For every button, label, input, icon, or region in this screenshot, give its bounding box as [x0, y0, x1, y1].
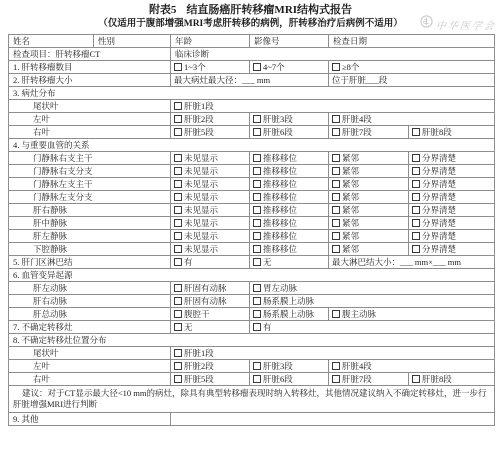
row-label: 5. 肝门区淋巴结 [9, 256, 171, 269]
row-label: 右叶 [9, 373, 171, 386]
checkbox-label: 分界清楚 [422, 179, 456, 189]
checkbox-option[interactable]: 肝脏7段 [329, 373, 409, 386]
page-title-prefix: 附表5 [149, 4, 177, 16]
row-label: 左叶 [9, 360, 171, 373]
row-label: 肝中静脉 [9, 217, 171, 230]
checkbox-label: 肝固有动脉 [184, 296, 227, 306]
checkbox-label: 肝脏8段 [422, 374, 452, 384]
section-label: 4. 与重要血管的关系 [9, 139, 495, 152]
checkbox-label: 肝脏1段 [184, 348, 214, 358]
report-table-body: 1. 肝转移瘤数目1~3个4~7个≥8个2. 肝转移瘤大小最大病灶最大径：___… [9, 61, 495, 426]
checkbox-label: 肝脏6段 [263, 374, 293, 384]
checkbox-option[interactable]: 分界清楚 [409, 217, 495, 230]
checkbox-icon[interactable] [253, 63, 261, 71]
checkbox-option[interactable]: 分界清楚 [409, 165, 495, 178]
checkbox-option[interactable]: 未见显示 [171, 178, 250, 191]
checkbox-label: 紧邻 [342, 244, 359, 254]
checkbox-label: 未见显示 [184, 179, 218, 189]
checkbox-label: 推移移位 [263, 192, 297, 202]
checkbox-option[interactable]: 肝脏5段 [171, 373, 250, 386]
checkbox-option[interactable]: 肝脏7段 [329, 126, 409, 139]
checkbox-label: 未见显示 [184, 244, 218, 254]
section-label: 3. 病灶分布 [9, 87, 495, 100]
checkbox-option[interactable]: 分界清楚 [409, 230, 495, 243]
checkbox-icon[interactable] [174, 63, 182, 71]
field-name: 姓名 [9, 35, 94, 48]
checkbox-icon[interactable] [412, 180, 420, 188]
row-label: 肝左动脉 [9, 282, 171, 295]
row-label: 尾状叶 [9, 100, 171, 113]
checkbox-icon[interactable] [253, 128, 261, 136]
form-row: 9. 其他 [9, 413, 495, 426]
checkbox-label: 紧邻 [342, 166, 359, 176]
checkbox-icon[interactable] [412, 128, 420, 136]
checkbox-icon[interactable] [253, 310, 261, 318]
checkbox-icon[interactable] [253, 258, 261, 266]
checkbox-icon[interactable] [332, 219, 340, 227]
checkbox-option[interactable]: 肝脏2段 [171, 360, 250, 373]
checkbox-label: 肝脏6段 [263, 127, 293, 137]
checkbox-label: 分界清楚 [422, 205, 456, 215]
form-row: 肝左静脉未见显示推移移位紧邻分界清楚 [9, 230, 495, 243]
checkbox-icon[interactable] [174, 206, 182, 214]
form-row: 门静脉左支主干未见显示推移移位紧邻分界清楚 [9, 178, 495, 191]
checkbox-icon[interactable] [412, 232, 420, 240]
checkbox-icon[interactable] [253, 284, 261, 292]
checkbox-icon[interactable] [412, 193, 420, 201]
checkbox-icon[interactable] [253, 297, 261, 305]
form-row: 肝右动脉肝固有动脉肠系膜上动脉 [9, 295, 495, 308]
checkbox-option[interactable]: 紧邻 [329, 204, 409, 217]
checkbox-icon[interactable] [174, 310, 182, 318]
checkbox-label: 推移移位 [263, 179, 297, 189]
checkbox-label: 肝脏2段 [184, 361, 214, 371]
row-label: 9. 其他 [9, 413, 171, 426]
checkbox-label: 肝脏2段 [184, 114, 214, 124]
checkbox-option[interactable]: 肝脏8段 [409, 373, 495, 386]
checkbox-icon[interactable] [332, 63, 340, 71]
checkbox-label: 紧邻 [342, 153, 359, 163]
checkbox-icon[interactable] [174, 128, 182, 136]
checkbox-option[interactable]: 肠系膜上动脉 [250, 295, 495, 308]
checkbox-option[interactable]: 未见显示 [171, 152, 250, 165]
checkbox-label: 腹腔干 [184, 309, 210, 319]
note-row: 建议：对于CT显示最大径<10 mm的病灶，除具有典型转移瘤表现时纳入转移灶，其… [9, 386, 495, 413]
checkbox-label: 肝脏5段 [184, 127, 214, 137]
checkbox-icon[interactable] [174, 323, 182, 331]
form-row: 门静脉左支分支未见显示推移移位紧邻分界清楚 [9, 191, 495, 204]
row-label: 肝左静脉 [9, 230, 171, 243]
row-label: 门静脉左支主干 [9, 178, 171, 191]
checkbox-icon[interactable] [412, 154, 420, 162]
checkbox-icon[interactable] [253, 245, 261, 253]
checkbox-label: 肝固有动脉 [184, 283, 227, 293]
checkbox-icon[interactable] [174, 102, 182, 110]
checkbox-icon[interactable] [332, 245, 340, 253]
checkbox-icon[interactable] [253, 323, 261, 331]
checkbox-option[interactable]: ≥8个 [329, 61, 495, 74]
report-table: 姓名 性别 年龄 影像号 检查日期 检查项目：肝转移瘤CT 临床诊断 1. 肝转… [8, 34, 495, 426]
checkbox-icon[interactable] [332, 193, 340, 201]
form-row: 左叶肝脏2段肝脏3段肝脏4段 [9, 113, 495, 126]
checkbox-option[interactable]: 分界清楚 [409, 191, 495, 204]
form-row: 门静脉右支主干未见显示推移移位紧邻分界清楚 [9, 152, 495, 165]
checkbox-icon[interactable] [332, 167, 340, 175]
checkbox-icon[interactable] [412, 375, 420, 383]
section-row: 8. 不确定转移灶位置分布 [9, 334, 495, 347]
checkbox-label: 未见显示 [184, 153, 218, 163]
checkbox-icon[interactable] [174, 362, 182, 370]
patient-info-row: 姓名 性别 年龄 影像号 检查日期 [9, 35, 495, 48]
checkbox-label: 紧邻 [342, 179, 359, 189]
checkbox-option[interactable]: 紧邻 [329, 243, 409, 256]
checkbox-option[interactable]: 肝脏4段 [329, 113, 495, 126]
checkbox-icon[interactable] [412, 245, 420, 253]
checkbox-option[interactable]: 肝脏5段 [171, 126, 250, 139]
checkbox-label: 紧邻 [342, 205, 359, 215]
field-image-number: 影像号 [250, 35, 329, 48]
checkbox-option[interactable]: 1~3个 [171, 61, 250, 74]
fill-in-field: 最大淋巴结大小：___ mm×___ mm [329, 256, 495, 269]
checkbox-icon[interactable] [332, 310, 340, 318]
checkbox-label: 肝脏4段 [342, 114, 372, 124]
checkbox-label: 紧邻 [342, 231, 359, 241]
form-row: 肝中静脉未见显示推移移位紧邻分界清楚 [9, 217, 495, 230]
form-row: 左叶肝脏2段肝脏3段肝脏4段 [9, 360, 495, 373]
checkbox-icon[interactable] [332, 128, 340, 136]
checkbox-icon[interactable] [174, 193, 182, 201]
checkbox-option[interactable]: 肝脏3段 [250, 360, 329, 373]
checkbox-option[interactable]: 紧邻 [329, 191, 409, 204]
checkbox-label: 分界清楚 [422, 153, 456, 163]
form-row: 尾状叶肝脏1段 [9, 347, 495, 360]
field-clinical-diagnosis: 临床诊断 [171, 48, 495, 61]
checkbox-icon[interactable] [174, 284, 182, 292]
row-label: 肝右静脉 [9, 204, 171, 217]
report-page: { "page": { "title_prefix": "附表5", "titl… [0, 0, 501, 451]
checkbox-option[interactable]: 推移移位 [250, 165, 329, 178]
checkbox-label: 未见显示 [184, 205, 218, 215]
checkbox-label: 紧邻 [342, 218, 359, 228]
field-sex: 性别 [94, 35, 171, 48]
form-row: 尾状叶肝脏1段 [9, 100, 495, 113]
checkbox-label: ≥8个 [342, 62, 359, 72]
checkbox-label: 未见显示 [184, 231, 218, 241]
checkbox-icon[interactable] [332, 362, 340, 370]
checkbox-label: 推移移位 [263, 153, 297, 163]
checkbox-icon[interactable] [174, 167, 182, 175]
checkbox-label: 无 [184, 322, 193, 332]
fill-in-field: 最大病灶最大径：___ mm [171, 74, 329, 87]
checkbox-option[interactable]: 腹主动脉 [329, 308, 495, 321]
checkbox-icon[interactable] [253, 206, 261, 214]
field-exam-date: 检查日期 [329, 35, 495, 48]
checkbox-option[interactable]: 推移移位 [250, 204, 329, 217]
checkbox-option[interactable]: 无 [250, 256, 329, 269]
checkbox-label: 未见显示 [184, 192, 218, 202]
section-row: 4. 与重要血管的关系 [9, 139, 495, 152]
checkbox-option[interactable]: 肝固有动脉 [171, 295, 250, 308]
row-label: 左叶 [9, 113, 171, 126]
checkbox-icon[interactable] [253, 180, 261, 188]
form-row: 肝总动脉腹腔干肠系膜上动脉腹主动脉 [9, 308, 495, 321]
checkbox-label: 分界清楚 [422, 218, 456, 228]
checkbox-option[interactable]: 分界清楚 [409, 204, 495, 217]
checkbox-icon[interactable] [412, 219, 420, 227]
checkbox-icon[interactable] [253, 232, 261, 240]
form-row: 肝右静脉未见显示推移移位紧邻分界清楚 [9, 204, 495, 217]
section-row: 6. 血管变异起源 [9, 269, 495, 282]
checkbox-option[interactable]: 未见显示 [171, 204, 250, 217]
checkbox-option[interactable]: 分界清楚 [409, 152, 495, 165]
checkbox-label: 有 [184, 257, 193, 267]
checkbox-option[interactable]: 推移移位 [250, 178, 329, 191]
checkbox-option[interactable]: 紧邻 [329, 217, 409, 230]
checkbox-option[interactable]: 未见显示 [171, 165, 250, 178]
checkbox-icon[interactable] [412, 167, 420, 175]
field-age: 年龄 [171, 35, 250, 48]
checkbox-option[interactable]: 胃左动脉 [250, 282, 495, 295]
checkbox-label: 分界清楚 [422, 244, 456, 254]
section-row: 3. 病灶分布 [9, 87, 495, 100]
checkbox-label: 肝脏1段 [184, 101, 214, 111]
checkbox-option[interactable]: 肝脏1段 [171, 347, 495, 360]
row-label: 肝右动脉 [9, 295, 171, 308]
checkbox-option[interactable]: 推移移位 [250, 191, 329, 204]
row-label: 1. 肝转移瘤数目 [9, 61, 171, 74]
checkbox-option[interactable]: 紧邻 [329, 178, 409, 191]
row-label: 肝总动脉 [9, 308, 171, 321]
checkbox-icon[interactable] [253, 375, 261, 383]
checkbox-option[interactable]: 分界清楚 [409, 243, 495, 256]
checkbox-label: 肝脏7段 [342, 127, 372, 137]
checkbox-option[interactable]: 分界清楚 [409, 178, 495, 191]
checkbox-label: 肝脏8段 [422, 127, 452, 137]
form-row: 右叶肝脏5段肝脏6段肝脏7段肝脏8段 [9, 126, 495, 139]
form-row: 2. 肝转移瘤大小最大病灶最大径：___ mm位于肝脏___段 [9, 74, 495, 87]
checkbox-option[interactable]: 肝脏8段 [409, 126, 495, 139]
form-row: 下腔静脉未见显示推移移位紧邻分界清楚 [9, 243, 495, 256]
checkbox-label: 有 [263, 322, 272, 332]
row-label: 7. 不确定转移灶 [9, 321, 171, 334]
checkbox-option[interactable]: 4~7个 [250, 61, 329, 74]
checkbox-label: 肝脏7段 [342, 374, 372, 384]
row-label: 右叶 [9, 126, 171, 139]
checkbox-label: 分界清楚 [422, 231, 456, 241]
checkbox-label: 推移移位 [263, 205, 297, 215]
checkbox-icon[interactable] [253, 115, 261, 123]
checkbox-option[interactable]: 未见显示 [171, 230, 250, 243]
fill-in-field: 位于肝脏___段 [329, 74, 495, 87]
checkbox-label: 推移移位 [263, 218, 297, 228]
checkbox-option[interactable]: 有 [171, 256, 250, 269]
checkbox-option[interactable]: 紧邻 [329, 152, 409, 165]
checkbox-option[interactable]: 未见显示 [171, 243, 250, 256]
checkbox-option[interactable]: 未见显示 [171, 191, 250, 204]
checkbox-label: 肠系膜上动脉 [263, 309, 314, 319]
form-row: 肝左动脉肝固有动脉胃左动脉 [9, 282, 495, 295]
form-row: 1. 肝转移瘤数目1~3个4~7个≥8个 [9, 61, 495, 74]
checkbox-option[interactable]: 推移移位 [250, 217, 329, 230]
checkbox-option[interactable]: 推移移位 [250, 152, 329, 165]
checkbox-label: 未见显示 [184, 218, 218, 228]
checkbox-option[interactable]: 推移移位 [250, 243, 329, 256]
checkbox-icon[interactable] [174, 297, 182, 305]
checkbox-icon[interactable] [174, 180, 182, 188]
fill-in-field [171, 413, 495, 426]
checkbox-option[interactable]: 肝固有动脉 [171, 282, 250, 295]
row-label: 门静脉左支分支 [9, 191, 171, 204]
form-row: 5. 肝门区淋巴结有无最大淋巴结大小：___ mm×___ mm [9, 256, 495, 269]
checkbox-label: 无 [263, 257, 272, 267]
form-row: 门静脉右支分支未见显示推移移位紧邻分界清楚 [9, 165, 495, 178]
section-label: 6. 血管变异起源 [9, 269, 495, 282]
checkbox-icon[interactable] [174, 349, 182, 357]
checkbox-icon[interactable] [174, 115, 182, 123]
checkbox-option[interactable]: 推移移位 [250, 230, 329, 243]
checkbox-label: 推移移位 [263, 231, 297, 241]
cma-logo-text: 中华医学会 [435, 17, 497, 32]
checkbox-icon[interactable] [332, 180, 340, 188]
checkbox-label: 4~7个 [263, 62, 285, 72]
checkbox-option[interactable]: 腹腔干 [171, 308, 250, 321]
checkbox-label: 腹主动脉 [342, 309, 376, 319]
checkbox-icon[interactable] [332, 206, 340, 214]
checkbox-icon[interactable] [174, 245, 182, 253]
note-text: 建议：对于CT显示最大径<10 mm的病灶，除具有典型转移瘤表现时纳入转移灶，其… [9, 386, 495, 413]
checkbox-label: 推移移位 [263, 244, 297, 254]
checkbox-icon[interactable] [174, 219, 182, 227]
cma-logo: 中华医学会 [420, 15, 496, 33]
checkbox-option[interactable]: 肝脏6段 [250, 373, 329, 386]
checkbox-label: 肝脏4段 [342, 361, 372, 371]
section-label: 8. 不确定转移灶位置分布 [9, 334, 495, 347]
field-exam-item: 检查项目：肝转移瘤CT [9, 48, 171, 61]
checkbox-icon[interactable] [412, 206, 420, 214]
checkbox-icon[interactable] [332, 375, 340, 383]
checkbox-option[interactable]: 肝脏3段 [250, 113, 329, 126]
checkbox-label: 紧邻 [342, 192, 359, 202]
checkbox-icon[interactable] [174, 154, 182, 162]
checkbox-icon[interactable] [332, 154, 340, 162]
exam-info-row: 检查项目：肝转移瘤CT 临床诊断 [9, 48, 495, 61]
checkbox-icon[interactable] [253, 167, 261, 175]
checkbox-label: 推移移位 [263, 166, 297, 176]
checkbox-icon[interactable] [253, 154, 261, 162]
checkbox-option[interactable]: 无 [171, 321, 250, 334]
page-title-main: 结直肠癌肝转移瘤MRI结构式报告 [186, 4, 352, 16]
checkbox-option[interactable]: 肝脏4段 [329, 360, 495, 373]
checkbox-option[interactable]: 紧邻 [329, 165, 409, 178]
form-row: 7. 不确定转移灶无有 [9, 321, 495, 334]
checkbox-label: 肝脏3段 [263, 361, 293, 371]
row-label: 2. 肝转移瘤大小 [9, 74, 171, 87]
row-label: 门静脉右支分支 [9, 165, 171, 178]
checkbox-option[interactable]: 肝脏1段 [171, 100, 495, 113]
row-label: 门静脉右支主干 [9, 152, 171, 165]
checkbox-option[interactable]: 肝脏2段 [171, 113, 250, 126]
checkbox-icon[interactable] [332, 232, 340, 240]
checkbox-label: 肝脏5段 [184, 374, 214, 384]
checkbox-label: 未见显示 [184, 166, 218, 176]
checkbox-option[interactable]: 未见显示 [171, 217, 250, 230]
row-label: 下腔静脉 [9, 243, 171, 256]
checkbox-option[interactable]: 紧邻 [329, 230, 409, 243]
checkbox-option[interactable]: 肝脏6段 [250, 126, 329, 139]
checkbox-label: 分界清楚 [422, 192, 456, 202]
checkbox-icon[interactable] [253, 193, 261, 201]
checkbox-label: 1~3个 [184, 62, 206, 72]
checkbox-label: 胃左动脉 [263, 283, 297, 293]
checkbox-icon[interactable] [174, 232, 182, 240]
checkbox-option[interactable]: 肠系膜上动脉 [250, 308, 329, 321]
checkbox-icon[interactable] [174, 258, 182, 266]
checkbox-label: 肝脏3段 [263, 114, 293, 124]
form-row: 右叶肝脏5段肝脏6段肝脏7段肝脏8段 [9, 373, 495, 386]
checkbox-icon[interactable] [174, 375, 182, 383]
row-label: 尾状叶 [9, 347, 171, 360]
checkbox-icon[interactable] [253, 362, 261, 370]
checkbox-icon[interactable] [332, 115, 340, 123]
checkbox-option[interactable]: 有 [250, 321, 495, 334]
checkbox-icon[interactable] [253, 219, 261, 227]
checkbox-label: 分界清楚 [422, 166, 456, 176]
checkbox-label: 肠系膜上动脉 [263, 296, 314, 306]
cma-emblem-icon [420, 15, 433, 33]
